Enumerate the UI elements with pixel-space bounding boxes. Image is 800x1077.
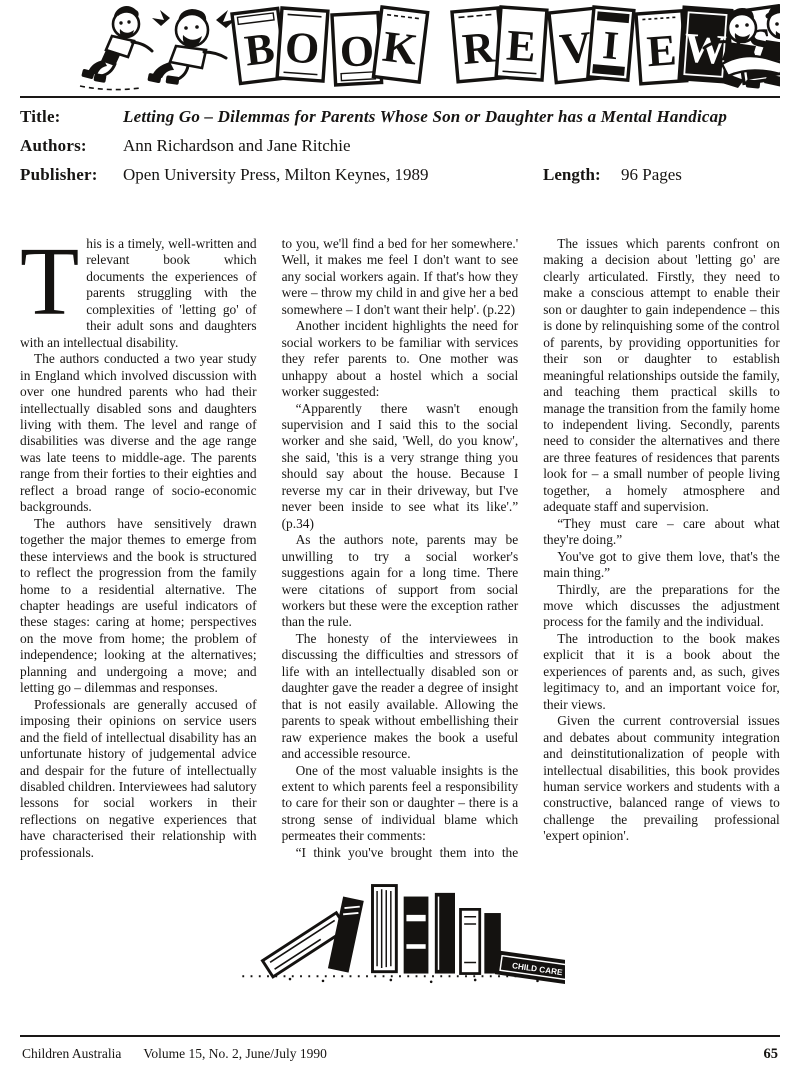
paragraph: One of the most valuable insights is the… [282, 763, 519, 845]
meta-row-publisher: Publisher: Open University Press, Milton… [20, 165, 780, 185]
length-label: Length: [543, 165, 621, 185]
child-care-book-icon: CHILD CARE [496, 952, 565, 985]
paragraph: Thirdly, are the preparations for the mo… [543, 582, 780, 631]
svg-text:K: K [380, 22, 420, 75]
journal-page: B O O K R [0, 0, 800, 1077]
banner-tile-I: I [588, 7, 634, 80]
paragraph: The authors conducted a two year study i… [20, 351, 257, 516]
column-2: to you, we'll find a bed for her somewhe… [282, 236, 519, 860]
svg-text:E: E [645, 25, 678, 76]
book-spine-icon [404, 897, 429, 974]
svg-text:W: W [683, 25, 728, 74]
page-footer: Children Australia Volume 15, No. 2, Jun… [20, 1037, 780, 1063]
page-number: 65 [764, 1046, 779, 1063]
paragraph: The introduction to the book makes expli… [543, 631, 780, 713]
book-spine-icon [373, 886, 397, 972]
paragraph: “Apparently there wasn't enough supervis… [282, 401, 519, 533]
paragraph: As the authors note, parents may be unwi… [282, 532, 519, 631]
svg-text:R: R [460, 22, 497, 74]
books-illustration-wrap: CHILD CARE [20, 870, 780, 995]
paragraph: The issues which parents confront on mak… [543, 236, 780, 516]
paragraph: The authors have sensitively drawn toget… [20, 516, 257, 697]
books-row-illustration: CHILD CARE [235, 870, 565, 990]
book-spine-icon [435, 893, 455, 974]
book-publisher: Open University Press, Milton Keynes, 19… [123, 165, 543, 185]
column-1: This is a timely, well-written and relev… [20, 236, 257, 860]
banner-tile-W: W [679, 7, 732, 82]
book-metadata: Title: Letting Go – Dilemmas for Parents… [20, 98, 780, 194]
svg-text:O: O [339, 26, 376, 77]
meta-row-title: Title: Letting Go – Dilemmas for Parents… [20, 107, 780, 127]
authors-label: Authors: [20, 136, 123, 156]
svg-text:E: E [505, 21, 538, 72]
column-3: The issues which parents confront on mak… [543, 236, 780, 860]
paragraph: Another incident highlights the need for… [282, 318, 519, 400]
paragraph: Given the current controversial issues a… [543, 713, 780, 845]
book-reviews-banner: B O O K R [20, 2, 780, 96]
review-body: This is a timely, well-written and relev… [20, 236, 780, 860]
children-illustration-left [80, 6, 236, 90]
title-label: Title: [20, 107, 123, 127]
paragraph: “They must care – care about what they'r… [543, 516, 780, 549]
banner-tile-O1: O [277, 8, 328, 81]
book-spine-icon [461, 909, 480, 973]
paragraph: Professionals are generally accused of i… [20, 697, 257, 860]
paragraph: “I think you've brought them into the wo… [282, 845, 519, 860]
drop-cap: T [20, 236, 86, 320]
book-authors: Ann Richardson and Jane Ritchie [123, 136, 351, 156]
paragraph: This is a timely, well-written and relev… [20, 236, 257, 351]
publisher-label: Publisher: [20, 165, 123, 185]
journal-name: Children Australia [22, 1046, 121, 1062]
svg-text:B: B [242, 23, 277, 75]
meta-row-authors: Authors: Ann Richardson and Jane Ritchie [20, 136, 780, 156]
issue-info: Volume 15, No. 2, June/July 1990 [143, 1046, 327, 1062]
banner-tile-K: K [373, 7, 427, 82]
book-length: 96 Pages [621, 165, 682, 185]
banner-tile-E1: E [496, 7, 547, 80]
svg-text:O: O [283, 22, 321, 73]
paragraph: The honesty of the interviewees in discu… [282, 631, 519, 763]
paragraph: to you, we'll find a bed for her somewhe… [282, 236, 519, 318]
paragraph: You've got to give them love, that's the… [543, 549, 780, 582]
book-title: Letting Go – Dilemmas for Parents Whose … [123, 107, 727, 127]
book-reviews-banner-art: B O O K R [20, 2, 780, 96]
